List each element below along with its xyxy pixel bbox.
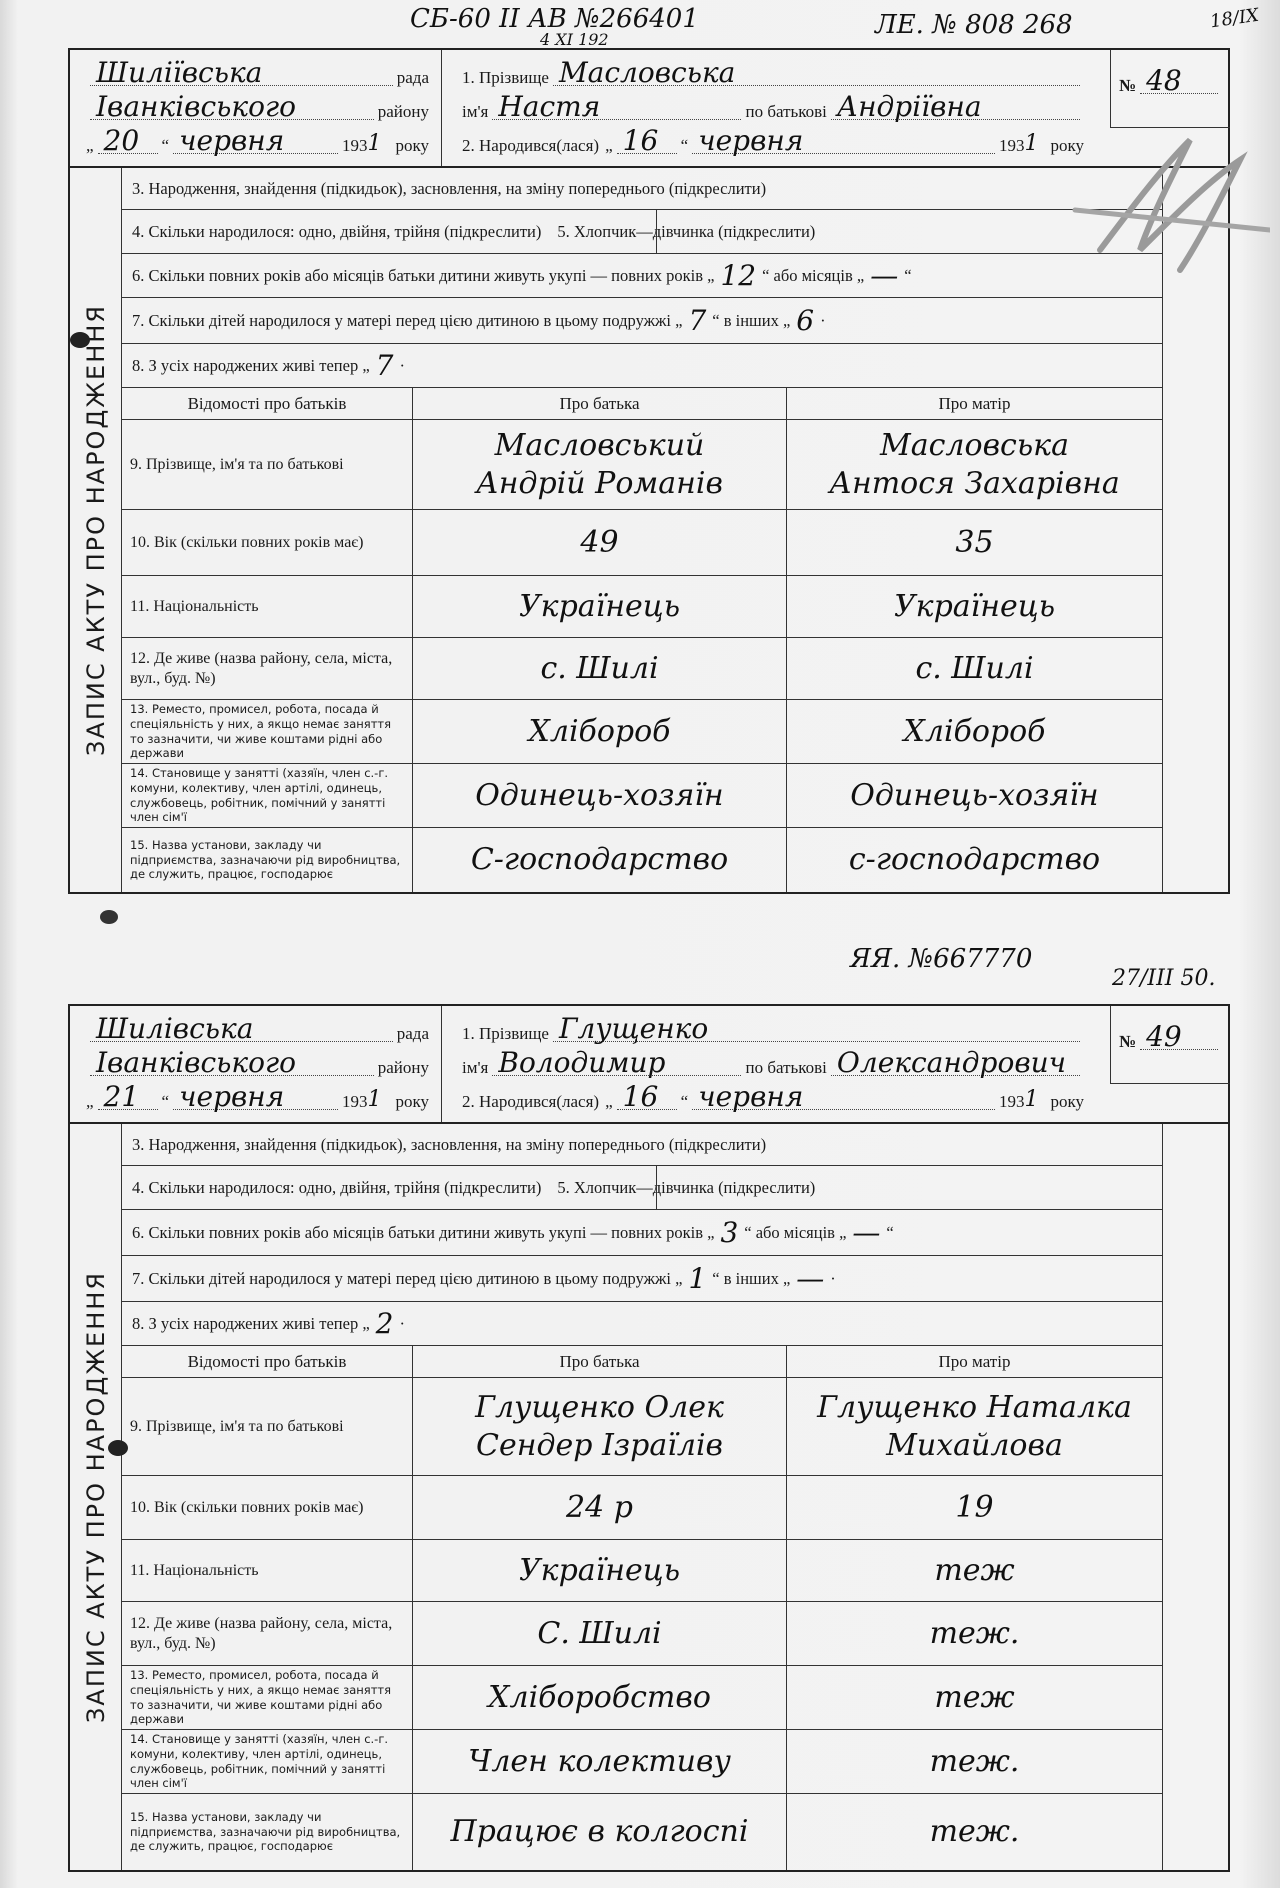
parents-table: Відомості про батьків Про батька Про мат… — [122, 388, 1162, 892]
district-label: району — [378, 1058, 429, 1082]
mother-nationality: теж — [934, 1552, 1014, 1590]
row-q11-nationality: 11. Національність Українець Українець — [122, 576, 1162, 638]
father-status: Член колективу — [468, 1743, 731, 1781]
registered-year-digit: 1 — [367, 1087, 381, 1116]
q13-label: 13. Реместо, промисел, робота, посада й … — [122, 700, 412, 763]
q8-row: 8. З усіх народжених живі тепер „2· — [122, 1302, 1162, 1346]
surname-label: 1. Прізвище — [462, 68, 549, 92]
header-mother: Про матір — [786, 388, 1162, 419]
child-block: 1. ПрізвищеМасловська ім'яНастяпо батько… — [442, 50, 1094, 166]
council-label: рада — [397, 68, 429, 92]
born-month: червня — [698, 124, 803, 157]
father-name-2: Сендер Ізраїлів — [476, 1427, 723, 1465]
first-name-label: ім'я — [462, 1058, 488, 1082]
father-name-1: Масловський — [495, 427, 705, 465]
row-q12-residence: 12. Де живе (назва району, села, міста, … — [122, 1602, 1162, 1666]
mother-name-1: Масловська — [880, 427, 1069, 465]
number-sign: № — [1119, 1032, 1136, 1056]
father-age: 24 р — [566, 1489, 633, 1527]
months-together: — — [870, 259, 898, 292]
q13-label: 13. Реместо, промисел, робота, посада й … — [122, 1666, 412, 1729]
row-q10-age: 10. Вік (скільки повних років має) 24 р … — [122, 1476, 1162, 1540]
q5-label: 5. Хлопчик—дівчинка (підкреслити) — [557, 1178, 815, 1198]
surname-value: Глущенко — [559, 1012, 708, 1045]
row-q9-name: 9. Прізвище, ім'я та по батькові Глущенк… — [122, 1378, 1162, 1476]
q6-row: 6. Скільки повних років або місяців бать… — [122, 1210, 1162, 1256]
q9-label: 9. Прізвище, ім'я та по батькові — [122, 1378, 412, 1475]
row-q15-institution: 15. Назва установи, закладу чи підприємс… — [122, 1794, 1162, 1870]
q11-label: 11. Національність — [122, 576, 412, 637]
year-label: року — [1050, 136, 1084, 160]
record-number-box: №48 — [1110, 50, 1230, 128]
row-q9-name: 9. Прізвище, ім'я та по батькові Масловс… — [122, 420, 1162, 510]
year-label: року — [1050, 1092, 1084, 1116]
q3-label: 3. Народження, знайдення (підкидьок), за… — [132, 1135, 766, 1155]
district-value: Іванківського — [96, 90, 296, 123]
birth-record-48: Шиліївськарада Іванківськогорайону „20“ч… — [68, 48, 1230, 894]
q9-label: 9. Прізвище, ім'я та по батькові — [122, 420, 412, 509]
q4-label: 4. Скільки народилося: одно, двійня, трі… — [132, 222, 541, 242]
father-nationality: Українець — [519, 588, 680, 626]
children-other: — — [796, 1262, 824, 1295]
row-q13-occupation: 13. Реместо, промисел, робота, посада й … — [122, 700, 1162, 764]
mother-institution: с-господарство — [849, 841, 1100, 879]
q7-label: 7. Скільки дітей народилося у матері пер… — [132, 1269, 682, 1289]
mother-status: теж. — [930, 1743, 1020, 1781]
patronymic-label: по батькові — [745, 1058, 826, 1082]
q14-label: 14. Становище у занятті (хазяїн, член с.… — [122, 1730, 412, 1793]
father-residence: с. Шилі — [540, 650, 658, 688]
council-label: рада — [397, 1024, 429, 1048]
q12-label: 12. Де живе (назва району, села, міста, … — [122, 1602, 412, 1665]
certificate-annotation-1-sub: 4 XI 192_ — [540, 30, 617, 49]
first-name-value: Володимир — [498, 1046, 665, 1079]
side-title-column: ЗАПИС АКТУ ПРО НАРОДЖЕННЯ — [70, 168, 122, 892]
header-info: Відомості про батьків — [122, 1346, 412, 1377]
district-value: Іванківського — [96, 1046, 296, 1079]
registered-year-digit: 1 — [367, 131, 381, 160]
district-label: району — [378, 102, 429, 126]
living-now: 7 — [376, 349, 394, 382]
row-q12-residence: 12. Де живе (назва району, села, міста, … — [122, 638, 1162, 700]
born-year-prefix: 193 — [999, 1092, 1025, 1116]
q7-row: 7. Скільки дітей народилося у матері пер… — [122, 1256, 1162, 1302]
patronymic-value: Олександрович — [837, 1046, 1066, 1079]
father-status: Одинець-хозяїн — [475, 777, 723, 815]
children-other: 6 — [796, 304, 814, 337]
mother-name-1: Глущенко Наталка — [817, 1389, 1132, 1427]
mother-occupation: Хлібороб — [903, 713, 1045, 751]
registered-month: червня — [179, 124, 284, 157]
father-name-1: Глущенко Олек — [475, 1389, 724, 1427]
side-title-column: ЗАПИС АКТУ ПРО НАРОДЖЕННЯ — [70, 1124, 122, 1870]
right-margin-column — [1162, 168, 1228, 892]
child-block: 1. ПрізвищеГлущенко ім'яВолодимирпо бать… — [442, 1006, 1094, 1122]
header-father: Про батька — [412, 388, 786, 419]
record-body: 3. Народження, знайдення (підкидьок), за… — [122, 1124, 1162, 1870]
years-together: 12 — [720, 259, 756, 292]
certificate-annotation-3-date: 27/III 50. — [1112, 966, 1215, 991]
father-institution: С-господарство — [471, 841, 728, 879]
parents-table-header: Відомості про батьків Про батька Про мат… — [122, 1346, 1162, 1378]
born-day: 16 — [623, 124, 659, 157]
certificate-annotation-2: ЛЕ. № 808 268 — [875, 10, 1073, 40]
q5-label: 5. Хлопчик—дівчинка (підкреслити) — [557, 222, 815, 242]
q12-label: 12. Де живе (назва району, села, міста, … — [122, 638, 412, 699]
patronymic-value: Андріївна — [837, 90, 982, 123]
mother-institution: теж. — [930, 1813, 1020, 1851]
side-title: ЗАПИС АКТУ ПРО НАРОДЖЕННЯ — [82, 1271, 110, 1723]
father-occupation: Хліборобство — [488, 1679, 711, 1717]
q8-row: 8. З усіх народжених живі тепер „7· — [122, 344, 1162, 388]
months-together: — — [852, 1216, 880, 1249]
parents-table-header: Відомості про батьків Про батька Про мат… — [122, 388, 1162, 420]
registered-year-prefix: 193 — [342, 136, 368, 160]
year-label: року — [395, 1092, 429, 1116]
record-number: 48 — [1146, 64, 1182, 97]
years-together: 3 — [720, 1216, 738, 1249]
q6-months-label: “ або місяців „ — [762, 266, 864, 286]
father-name-2: Андрій Романів — [476, 465, 723, 503]
ink-blot — [70, 332, 90, 348]
children-this-marriage: 7 — [688, 304, 706, 337]
surname-value: Масловська — [559, 56, 735, 89]
father-residence: С. Шилі — [537, 1615, 661, 1653]
born-month: червня — [698, 1080, 803, 1113]
row-q13-occupation: 13. Реместо, промисел, робота, посада й … — [122, 1666, 1162, 1730]
record-header: Шилівськарада Іванківськогорайону „21“че… — [70, 1006, 1228, 1124]
birth-record-49: Шилівськарада Іванківськогорайону „21“че… — [68, 1004, 1230, 1872]
ink-blot — [108, 1440, 128, 1456]
q4-label: 4. Скільки народилося: одно, двійня, трі… — [132, 1178, 541, 1198]
born-year-digit: 1 — [1024, 131, 1038, 160]
registered-month: червня — [179, 1080, 284, 1113]
mother-occupation: теж — [934, 1679, 1014, 1717]
q3-row: 3. Народження, знайдення (підкидьок), за… — [122, 1124, 1162, 1166]
mother-age: 19 — [955, 1489, 993, 1527]
record-header: Шиліївськарада Іванківськогорайону „20“ч… — [70, 50, 1228, 168]
father-age: 49 — [580, 524, 618, 562]
record-number-box: №49 — [1110, 1006, 1230, 1084]
q10-label: 10. Вік (скільки повних років має) — [122, 1476, 412, 1539]
row-q14-status: 14. Становище у занятті (хазяїн, член с.… — [122, 764, 1162, 828]
q10-label: 10. Вік (скільки повних років має) — [122, 510, 412, 575]
first-name-label: ім'я — [462, 102, 488, 126]
row-q10-age: 10. Вік (скільки повних років має) 49 35 — [122, 510, 1162, 576]
q6-row: 6. Скільки повних років або місяців бать… — [122, 254, 1162, 298]
row-q15-institution: 15. Назва установи, закладу чи підприємс… — [122, 828, 1162, 892]
q3-row: 3. Народження, знайдення (підкидьок), за… — [122, 168, 1162, 210]
q8-label: 8. З усіх народжених живі тепер „ — [132, 356, 370, 376]
q7-label: 7. Скільки дітей народилося у матері пер… — [132, 311, 682, 331]
number-sign: № — [1119, 76, 1136, 100]
first-name-value: Настя — [498, 90, 600, 123]
q15-label: 15. Назва установи, закладу чи підприємс… — [122, 1794, 412, 1870]
row-q14-status: 14. Становище у занятті (хазяїн, член с.… — [122, 1730, 1162, 1794]
right-margin-column — [1162, 1124, 1228, 1870]
header-mother: Про матір — [786, 1346, 1162, 1377]
children-this-marriage: 1 — [688, 1262, 706, 1295]
mother-nationality: Українець — [894, 588, 1055, 626]
registration-block: Шиліївськарада Іванківськогорайону „20“ч… — [70, 50, 442, 166]
certificate-annotation-3: ЯЯ. №667770 — [850, 944, 1032, 974]
header-father: Про батька — [412, 1346, 786, 1377]
q15-label: 15. Назва установи, закладу чи підприємс… — [122, 828, 412, 892]
record-number: 49 — [1146, 1020, 1182, 1053]
born-label: 2. Народився(лася) — [462, 1092, 599, 1116]
father-institution: Працює в колгоспі — [451, 1813, 749, 1851]
q6-months-label: “ або місяців „ — [744, 1223, 846, 1243]
mother-residence: теж. — [930, 1615, 1020, 1653]
registration-block: Шилівськарада Іванківськогорайону „21“че… — [70, 1006, 442, 1122]
parents-table: Відомості про батьків Про батька Про мат… — [122, 1346, 1162, 1870]
row-q11-nationality: 11. Національність Українець теж — [122, 1540, 1162, 1602]
council-value: Шилівська — [96, 1012, 253, 1045]
born-day: 16 — [623, 1080, 659, 1113]
mother-age: 35 — [955, 524, 993, 562]
side-title: ЗАПИС АКТУ ПРО НАРОДЖЕННЯ — [82, 304, 110, 756]
registered-year-prefix: 193 — [342, 1092, 368, 1116]
q14-label: 14. Становище у занятті (хазяїн, член с.… — [122, 764, 412, 827]
registered-day: 20 — [104, 124, 140, 157]
living-now: 2 — [376, 1307, 394, 1340]
q7-other-label: “ в інших „ — [712, 311, 790, 331]
record-body: 3. Народження, знайдення (підкидьок), за… — [122, 168, 1162, 892]
mother-residence: с. Шилі — [915, 650, 1033, 688]
q4-q5-row: 4. Скільки народилося: одно, двійня, трі… — [122, 1166, 1162, 1210]
ink-blot — [100, 910, 118, 924]
patronymic-label: по батькові — [745, 102, 826, 126]
header-info: Відомості про батьків — [122, 388, 412, 419]
mother-name-2: Антося Захарівна — [829, 465, 1119, 503]
year-label: року — [395, 136, 429, 160]
registered-day: 21 — [104, 1080, 140, 1113]
q4-q5-row: 4. Скільки народилося: одно, двійня, трі… — [122, 210, 1162, 254]
born-year-prefix: 193 — [999, 136, 1025, 160]
born-label: 2. Народився(лася) — [462, 136, 599, 160]
father-occupation: Хлібороб — [528, 713, 670, 751]
q7-row: 7. Скільки дітей народилося у матері пер… — [122, 298, 1162, 344]
q8-label: 8. З усіх народжених живі тепер „ — [132, 1314, 370, 1334]
mother-status: Одинець-хозяїн — [850, 777, 1098, 815]
mother-name-2: Михайлова — [886, 1427, 1063, 1465]
q3-label: 3. Народження, знайдення (підкидьок), за… — [132, 179, 766, 199]
q6-label: 6. Скільки повних років або місяців бать… — [132, 1223, 714, 1243]
q6-label: 6. Скільки повних років або місяців бать… — [132, 266, 714, 286]
born-year-digit: 1 — [1024, 1087, 1038, 1116]
q11-label: 11. Національність — [122, 1540, 412, 1601]
surname-label: 1. Прізвище — [462, 1024, 549, 1048]
father-nationality: Українець — [519, 1552, 680, 1590]
q7-other-label: “ в інших „ — [712, 1269, 790, 1289]
council-value: Шиліївська — [96, 56, 262, 89]
